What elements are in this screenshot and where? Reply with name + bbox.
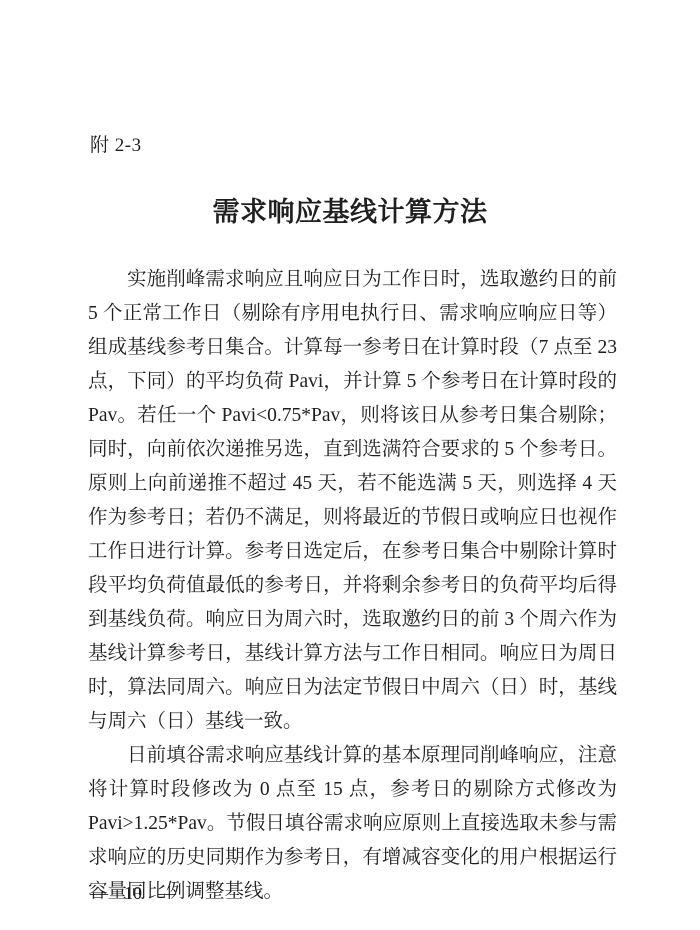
footer-dash-right: — [158, 883, 176, 903]
footer-dash-left: — [90, 883, 108, 903]
page-footer: —10— [90, 881, 176, 905]
document-page: 附 2-3 需求响应基线计算方法 实施削峰需求响应且响应日为工作日时，选取邀约日… [0, 0, 700, 930]
document-body: 实施削峰需求响应且响应日为工作日时，选取邀约日的前 5 个正常工作日（剔除有序用… [88, 263, 617, 909]
attachment-label: 附 2-3 [90, 130, 142, 157]
body-paragraph-1: 实施削峰需求响应且响应日为工作日时，选取邀约日的前 5 个正常工作日（剔除有序用… [88, 263, 617, 739]
footer-page-number: 10 [124, 883, 142, 903]
document-title: 需求响应基线计算方法 [0, 190, 700, 229]
